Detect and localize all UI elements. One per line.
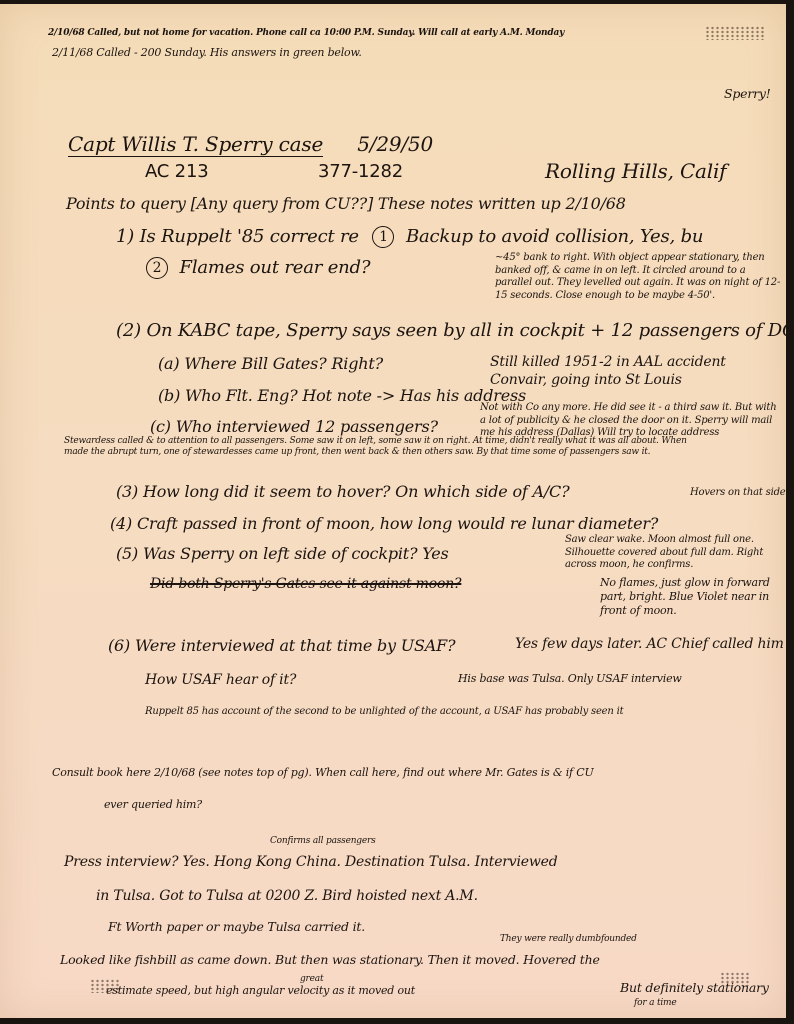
item-6-footnote: Ruppelt 85 has account of the second to … [145, 706, 623, 717]
sub-text: Who Flt. Eng? Hot note -> Has his addres… [185, 386, 526, 405]
item-text: How long did it seem to hover? On which … [143, 482, 570, 501]
speckle-mark [735, 26, 765, 40]
item-2b-answer: Not with Co any more. He did see it - a … [480, 402, 785, 440]
case-date: 5/29/50 [357, 132, 433, 156]
item-subtext: Flames out rear end? [180, 257, 371, 278]
item-2b: (b) Who Flt. Eng? Hot note -> Has his ad… [158, 386, 526, 405]
case-name: Capt Willis T. Sperry case [68, 132, 323, 157]
intro-text: Points to query [Any query from CU??] Th… [66, 194, 626, 213]
item-text: Is Ruppelt '85 correct re [140, 226, 359, 247]
item-1-sub-2: 2 Flames out rear end? [146, 257, 370, 279]
item-2c-answer: Stewardess called & to attention to all … [64, 436, 704, 459]
closing-line-1: Consult book here 2/10/68 (see notes top… [52, 766, 594, 779]
closing-line-7-sub: for a time [634, 998, 677, 1008]
closing-line-2: ever queried him? [104, 798, 202, 811]
item-number: (3) [116, 482, 138, 501]
closing-superscript-2: They were really dumbfounded [500, 934, 637, 944]
closing-superscript-3: great [300, 974, 323, 984]
item-text: On KABC tape, Sperry says seen by all in… [146, 320, 794, 341]
phone-number: 377-1282 [318, 161, 403, 182]
item-6-answer: Yes few days later. AC Chief called him … [515, 636, 794, 652]
circled-number: 1 [372, 226, 394, 248]
item-3-answer: Hovers on that side too [690, 487, 794, 498]
document-page: 2/10/68 Called, but not home for vacatio… [0, 4, 786, 1018]
closing-line-7: estimate speed, but high angular velocit… [106, 984, 415, 997]
corner-note: Sperry! [724, 86, 771, 101]
closing-line-3: Press interview? Yes. Hong Kong China. D… [64, 854, 557, 870]
item-6-subanswer: His base was Tulsa. Only USAF interview [458, 672, 688, 686]
item-number: (4) [110, 514, 132, 533]
item-text: Craft passed in front of moon, how long … [137, 514, 658, 533]
item-1-answer: ~45° bank to right. With object appear s… [495, 252, 785, 302]
circled-number: 2 [146, 257, 168, 279]
item-5: (5) Was Sperry on left side of cockpit? … [116, 544, 449, 563]
item-number: (6) [108, 636, 130, 655]
item-text: Was Sperry on left side of cockpit? Yes [143, 544, 449, 563]
item-subtext: Backup to avoid collision, Yes, bu [406, 226, 703, 247]
item-5-struck-text: Did both Sperry's Gates see it against m… [150, 576, 461, 592]
speckle-mark [720, 972, 750, 986]
item-6: (6) Were interviewed at that time by USA… [108, 636, 455, 655]
item-2: (2) On KABC tape, Sperry says seen by al… [116, 320, 794, 341]
item-3: (3) How long did it seem to hover? On wh… [116, 482, 569, 501]
speckle-mark [705, 26, 735, 40]
sub-label: (a) [158, 354, 179, 373]
item-number: (2) [116, 320, 141, 341]
item-2a-answer: Still killed 1951-2 in AAL accident Conv… [490, 354, 780, 389]
item-2c: (c) Who interviewed 12 passengers? [150, 417, 438, 436]
header-note-1: 2/10/68 Called, but not home for vacatio… [48, 28, 564, 38]
closing-superscript: Confirms all passengers [270, 836, 376, 846]
header-note-2: 2/11/68 Called - 200 Sunday. His answers… [52, 46, 362, 59]
closing-line-5: Ft Worth paper or maybe Tulsa carried it… [108, 919, 365, 934]
item-number: (5) [116, 544, 138, 563]
sub-text: Who interviewed 12 passengers? [176, 417, 438, 436]
item-5-struck-answer: No flames, just glow in forward part, br… [600, 576, 785, 617]
item-2a: (a) Where Bill Gates? Right? [158, 354, 383, 373]
speckle-mark [90, 979, 120, 993]
closing-line-6: Looked like fishbill as came down. But t… [60, 952, 600, 967]
case-title: Capt Willis T. Sperry case 5/29/50 [68, 132, 433, 156]
location: Rolling Hills, Calif [545, 159, 726, 183]
area-code: AC 213 [145, 161, 208, 182]
sub-label: (b) [158, 386, 180, 405]
item-text: Were interviewed at that time by USAF? [135, 636, 455, 655]
item-5-answer: Saw clear wake. Moon almost full one. Si… [565, 534, 785, 572]
item-number: 1) [116, 226, 134, 247]
sub-text: Where Bill Gates? Right? [184, 354, 383, 373]
item-6-subtext: How USAF hear of it? [145, 672, 296, 688]
item-4: (4) Craft passed in front of moon, how l… [110, 514, 658, 533]
closing-line-4: in Tulsa. Got to Tulsa at 0200 Z. Bird h… [96, 888, 478, 904]
item-1: 1) Is Ruppelt '85 correct re 1 Backup to… [116, 226, 703, 248]
sub-label: (c) [150, 417, 171, 436]
